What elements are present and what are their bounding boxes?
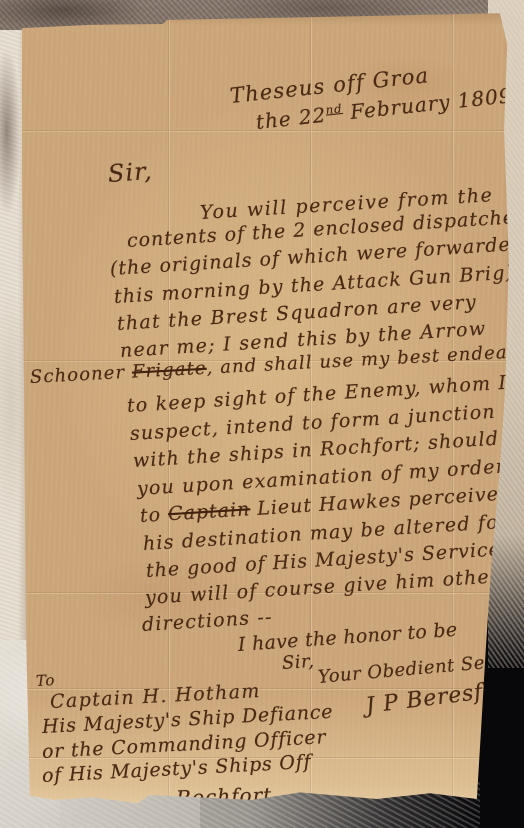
photo-of-letter: Theseus off Groathe 22nd February 1809Si… [0, 0, 524, 828]
handwriting-text: the 22 [255, 103, 328, 134]
letter-line-body-16: directions -- [141, 606, 273, 636]
handwriting-text: Schooner [29, 362, 132, 388]
letter-line-salutation: Sir, [107, 157, 153, 188]
handwriting-text: Sir, [107, 157, 153, 188]
handwriting-text: To [36, 671, 56, 690]
struck-out-word: Captain [167, 498, 251, 525]
letter-paper: Theseus off Groathe 22nd February 1809Si… [0, 0, 524, 828]
letter-line-closing-2: Sir, [281, 651, 315, 674]
handwriting-text: directions -- [141, 606, 273, 636]
superscript-ordinal: nd [325, 101, 343, 117]
handwriting-text: to [139, 503, 168, 527]
letter-ink-layer: Theseus off Groathe 22nd February 1809Si… [0, 0, 524, 828]
struck-out-word: Frigate [131, 358, 207, 383]
letter-line-address-to: To [36, 671, 56, 690]
handwriting-text: Sir, [281, 651, 315, 674]
